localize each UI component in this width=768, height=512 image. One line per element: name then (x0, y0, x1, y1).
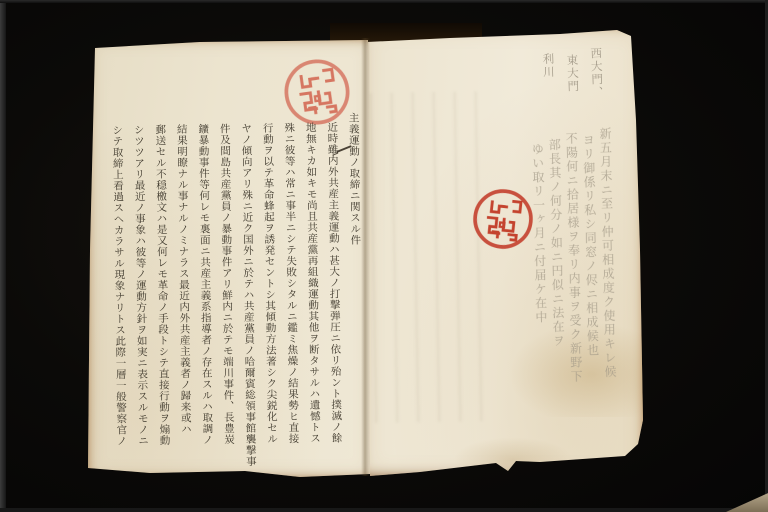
frame-edge-left (0, 0, 6, 512)
frame-edge-top (0, 0, 768, 3)
red-seal-stamp-icon (469, 185, 537, 253)
page-fold-shadow (361, 38, 370, 476)
frame-edge-bottom (0, 508, 768, 512)
photo-of-archival-document: 西大門、 東大門 利川 新五月末ニ至リ仲可相成度ク使用キレ候 ヨリ御係リ私シ同窓… (0, 0, 768, 512)
right-page: 西大門、 東大門 利川 新五月末ニ至リ仲可相成度ク使用キレ候 ヨリ御係リ私シ同窓… (358, 22, 650, 482)
handwritten-note-block: 新五月末ニ至リ仲可相成度ク使用キレ候 ヨリ御係リ私シ同窓ノ侭ニ相成候也 不陽何ニ… (528, 127, 619, 421)
left-page: 主義運動ノ取締ニ関スル件 近時雖内外共産主義運動ハ甚大ノ打撃弾圧ニ依リ殆ント撲滅… (84, 34, 376, 482)
printed-text-block: 主義運動ノ取締ニ関スル件 近時雖内外共産主義運動ハ甚大ノ打撃弾圧ニ依リ殆ント撲滅… (106, 112, 369, 468)
paper-stain (453, 437, 573, 482)
ink-show-through (369, 91, 495, 423)
